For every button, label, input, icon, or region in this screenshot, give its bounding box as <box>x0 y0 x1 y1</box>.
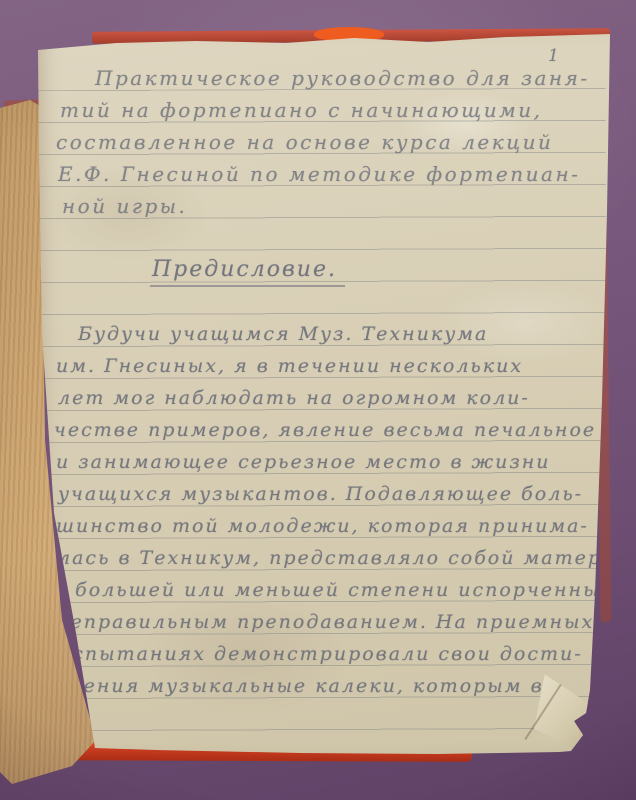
section-heading: Предисловие. <box>150 255 345 287</box>
manuscript-line: в большей или меньшей степени испорченны… <box>54 575 615 605</box>
manuscript-line: им. Гнесиных, я в течении нескольких <box>56 351 523 381</box>
manuscript-page: 1 Практическое руководство для заня- тий… <box>36 33 612 755</box>
manuscript-line: и занимающее серьезное место в жизни <box>56 447 551 477</box>
manuscript-line: лет мог наблюдать на огромном коли- <box>58 383 530 413</box>
manuscript-line: жения музыкальные калеки, которым в <box>60 671 544 701</box>
manuscript-line: шинство той молодежи, которая принима- <box>56 511 589 541</box>
manuscript-line: лась в Техникум, представляло собой мате… <box>58 543 636 573</box>
manuscript-line: испытаниях демонстрировали свои дости- <box>58 639 583 669</box>
manuscript-line: ной игры. <box>62 191 187 221</box>
manuscript-line: составленное на основе курса лекций <box>56 127 553 157</box>
manuscript-line: тий на фортепиано с начинающими, <box>60 95 543 125</box>
manuscript-line: Е.Ф. Гнесиной по методике фортепиан- <box>58 159 580 189</box>
notebook-photo: 1 Практическое руководство для заня- тий… <box>0 0 636 800</box>
manuscript-line: неправильным преподаванием. На приемных <box>56 607 594 637</box>
manuscript-line: честве примеров, явление весьма печально… <box>54 415 596 445</box>
manuscript-line: Практическое руководство для заня- <box>95 63 590 93</box>
manuscript-line: Будучи учащимся Муз. Техникума <box>78 319 488 349</box>
manuscript-line: учащихся музыкантов. Подавляющее боль- <box>58 479 583 509</box>
